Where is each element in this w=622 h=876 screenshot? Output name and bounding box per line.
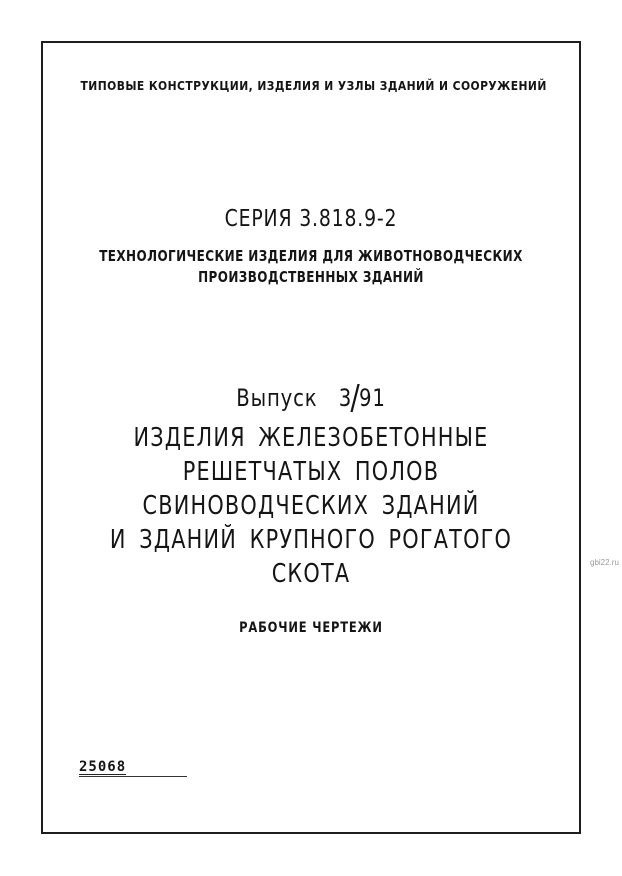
- header-text: Типовые конструкции, изделия и узлы здан…: [81, 78, 542, 93]
- issue-separator: /: [350, 378, 360, 418]
- series-title: Серия 3.818.9-2: [91, 206, 531, 232]
- issue-label: Выпуск: [236, 384, 317, 412]
- title-line-3: свиноводческих зданий: [97, 491, 526, 521]
- subtitle-line-2: производственных зданий: [97, 268, 526, 286]
- subtitle-line-1: Технологические изделия для животноводче…: [97, 247, 526, 265]
- title-line-2: решетчатых полов: [97, 457, 526, 487]
- title-line-5: скота: [97, 559, 526, 589]
- working-drawings-label: Рабочие чертежи: [91, 620, 531, 636]
- issue-year: 91: [359, 384, 386, 412]
- title-line-4: и зданий крупного рогатого: [97, 525, 526, 555]
- inventory-number-field: 25068: [79, 759, 187, 777]
- drawing-frame: Типовые конструкции, изделия и узлы здан…: [41, 41, 581, 834]
- title-line-1: Изделия железобетонные: [97, 423, 526, 453]
- issue-line: Выпуск 3/91: [91, 375, 531, 415]
- inventory-number: 25068: [79, 760, 126, 775]
- watermark-text: gbi22.ru: [590, 558, 619, 567]
